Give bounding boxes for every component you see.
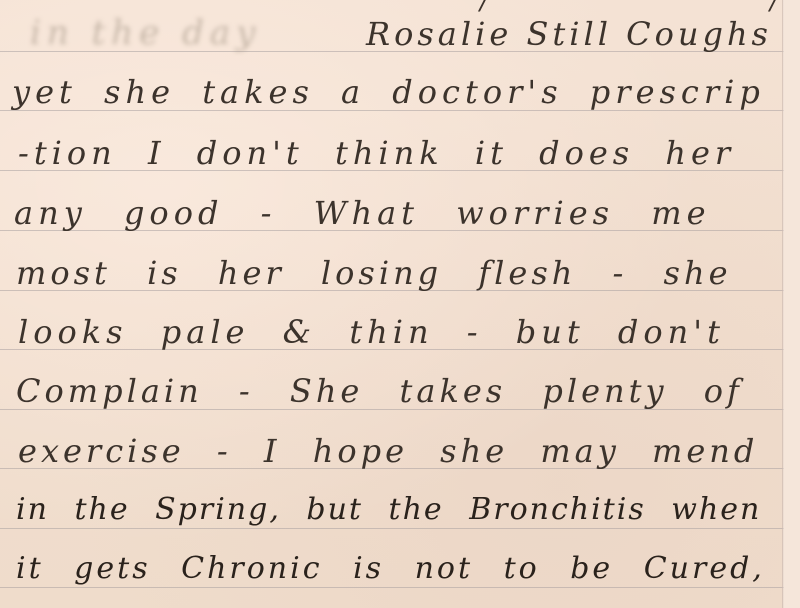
letter-line-2: yet she takes a doctor's prescrip	[12, 76, 765, 108]
letter-line-8: exercise - I hope she may mend	[18, 435, 758, 467]
letter-line-3: -tion I don't think it does her	[18, 137, 735, 169]
ink-stroke: /	[480, 0, 489, 16]
letter-line-6: looks pale & thin - but don't	[18, 316, 725, 348]
letter-line-7: Complain - She takes plenty of	[16, 375, 743, 407]
letter-line-1: Rosalie Still Coughs	[366, 18, 772, 50]
letter-line-5: most is her losing flesh - she	[16, 257, 732, 289]
ruled-line	[0, 587, 800, 588]
faded-text: in the day	[30, 16, 261, 50]
letter-page: in the day / / Rosalie Still Coughs yet …	[0, 0, 800, 608]
letter-line-4: any good - What worries me	[14, 197, 711, 229]
letter-line-10: it gets Chronic is not to be Cured,	[16, 554, 765, 584]
ruled-line	[0, 528, 800, 529]
letter-line-9: in the Spring, but the Bronchitis when	[16, 495, 761, 525]
page-edge	[784, 0, 800, 608]
ink-stroke: /	[770, 0, 779, 16]
